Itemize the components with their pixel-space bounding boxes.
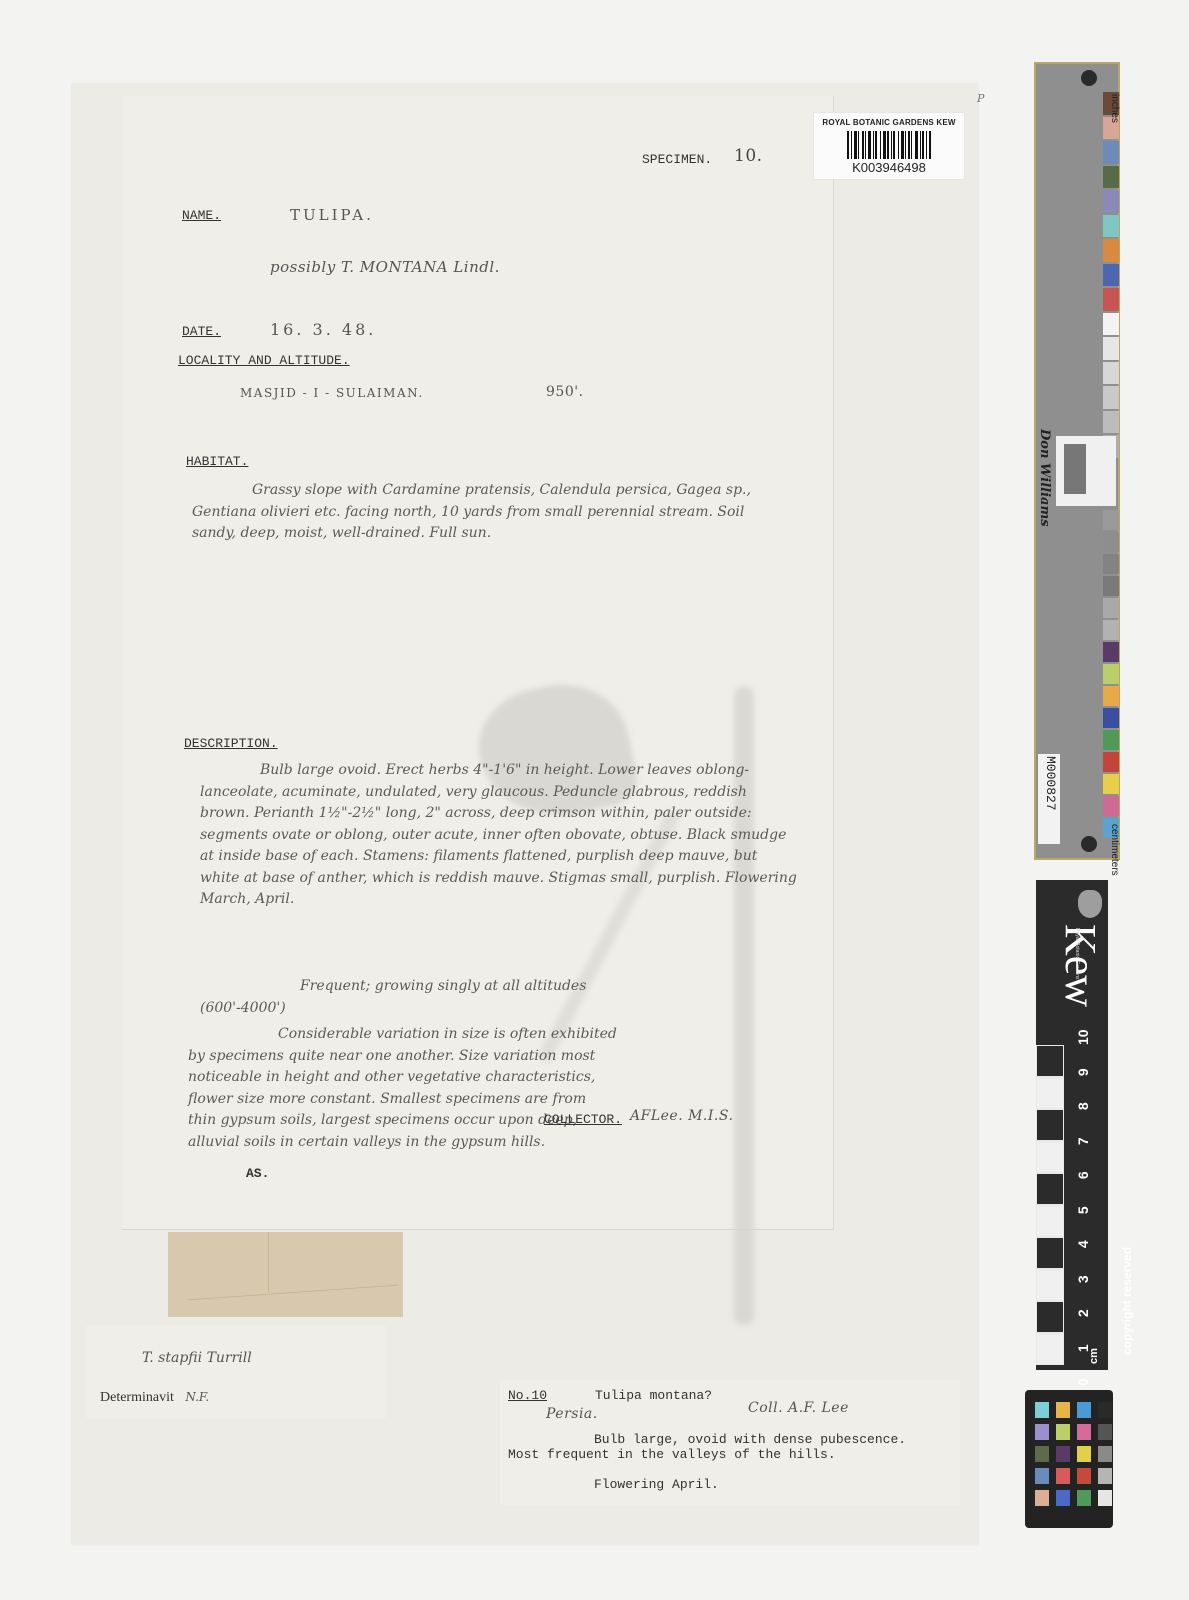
determinavit-label: Determinavit bbox=[100, 1390, 174, 1405]
determinavit-slip: T. stapfii Turrill Determinavit N.F. bbox=[86, 1326, 386, 1418]
color-swatch bbox=[1103, 730, 1119, 750]
gray-scale-card bbox=[1056, 436, 1116, 506]
inches-label: inches bbox=[1109, 94, 1120, 123]
color-swatch bbox=[1103, 774, 1119, 794]
barcode-label[interactable]: ROYAL BOTANIC GARDENS KEW K003946498 bbox=[813, 112, 965, 180]
name-note: possibly T. MONTANA Lindl. bbox=[270, 258, 500, 276]
name-heading: NAME. bbox=[182, 208, 221, 223]
habitat-text: Grassy slope with Cardamine pratensis, C… bbox=[192, 480, 752, 545]
color-checker-card bbox=[1025, 1390, 1113, 1528]
label-number: No.10 bbox=[508, 1388, 547, 1403]
color-swatch bbox=[1103, 554, 1119, 574]
color-swatch bbox=[1103, 190, 1119, 213]
color-calibration-ruler: inches centimeters Don Williams M000827 bbox=[1034, 62, 1120, 860]
label-taxon: Tulipa montana? bbox=[595, 1388, 712, 1403]
habitat-heading: HABITAT. bbox=[186, 454, 248, 469]
color-swatch bbox=[1103, 313, 1119, 336]
color-swatch bbox=[1103, 642, 1119, 662]
label-collector: Coll. A.F. Lee bbox=[748, 1400, 849, 1416]
color-swatch bbox=[1103, 288, 1119, 311]
checker-swatch bbox=[1077, 1402, 1091, 1418]
checker-swatch bbox=[1077, 1490, 1091, 1506]
collector-value: AFLee. M.I.S. bbox=[630, 1108, 733, 1124]
checker-swatch bbox=[1035, 1490, 1049, 1506]
color-swatch bbox=[1103, 141, 1119, 164]
color-swatch bbox=[1103, 796, 1119, 816]
scale-tick-label: 7 bbox=[1075, 1129, 1110, 1153]
checker-swatch bbox=[1098, 1402, 1112, 1418]
scale-tick-label: 10 bbox=[1075, 1025, 1110, 1049]
checker-swatch bbox=[1035, 1446, 1049, 1462]
color-swatch bbox=[1103, 386, 1119, 409]
color-swatch bbox=[1103, 264, 1119, 287]
color-checker-grid bbox=[1035, 1402, 1112, 1506]
barcode-number: K003946498 bbox=[814, 160, 964, 175]
checker-swatch bbox=[1098, 1468, 1112, 1484]
color-swatch bbox=[1103, 239, 1119, 262]
color-swatch bbox=[1103, 411, 1119, 434]
locality-heading: LOCALITY AND ALTITUDE. bbox=[178, 353, 350, 368]
checker-swatch bbox=[1056, 1490, 1070, 1506]
checker-swatch bbox=[1077, 1468, 1091, 1484]
ruler-hole-icon bbox=[1081, 70, 1097, 86]
ruler-hole-icon bbox=[1081, 836, 1097, 852]
fragment-packet[interactable] bbox=[168, 1232, 403, 1317]
determinavit-line: Determinavit N.F. bbox=[100, 1390, 209, 1406]
scale-tick-label: 8 bbox=[1075, 1094, 1110, 1118]
color-swatch bbox=[1103, 532, 1119, 552]
checker-swatch bbox=[1035, 1424, 1049, 1440]
scale-checker bbox=[1036, 1045, 1064, 1365]
color-swatch bbox=[1103, 576, 1119, 596]
color-swatch bbox=[1103, 664, 1119, 684]
initials: AS. bbox=[246, 1166, 269, 1181]
checker-swatch bbox=[1098, 1446, 1112, 1462]
centimeters-label: centimeters bbox=[1109, 824, 1120, 876]
checker-swatch bbox=[1077, 1446, 1091, 1462]
label-line-1: Bulb large, ovoid with dense pubescence. bbox=[594, 1432, 906, 1447]
label-line-2: Most frequent in the valleys of the hill… bbox=[508, 1447, 836, 1462]
date-heading: DATE. bbox=[182, 324, 221, 339]
checker-swatch bbox=[1056, 1402, 1070, 1418]
swatch-column-bottom bbox=[1103, 510, 1119, 840]
checker-swatch bbox=[1056, 1446, 1070, 1462]
description-heading: DESCRIPTION. bbox=[184, 736, 278, 751]
pencil-mark: P bbox=[977, 92, 984, 105]
field-notes-sheet: SPECIMEN. 10. NAME. TULIPA. possibly T. … bbox=[122, 96, 834, 1230]
color-swatch bbox=[1103, 708, 1119, 728]
description-paragraph-1: Bulb large ovoid. Erect herbs 4"-1'6" in… bbox=[200, 760, 800, 911]
date-value: 16. 3. 48. bbox=[270, 320, 376, 339]
color-swatch bbox=[1103, 510, 1119, 530]
color-swatch bbox=[1103, 362, 1119, 385]
color-swatch bbox=[1103, 620, 1119, 640]
copyright-text: copyright reserved bbox=[1120, 1247, 1134, 1355]
specimen-label: SPECIMEN. bbox=[642, 152, 712, 167]
institution-name: ROYAL BOTANIC GARDENS KEW bbox=[814, 118, 964, 127]
scale-tick-label: 6 bbox=[1075, 1163, 1110, 1187]
scale-tick-label: 2 bbox=[1075, 1301, 1110, 1325]
scale-unit: cm bbox=[1088, 1348, 1100, 1364]
kew-subtitle: Royal Botanic Gardens bbox=[1074, 928, 1080, 979]
checker-swatch bbox=[1098, 1424, 1112, 1440]
locality-value: MASJID - I - SULAIMAN. bbox=[240, 386, 424, 400]
color-swatch bbox=[1103, 598, 1119, 618]
scale-tick-label: 4 bbox=[1075, 1232, 1110, 1256]
checker-swatch bbox=[1056, 1424, 1070, 1440]
checker-swatch bbox=[1098, 1490, 1112, 1506]
description-paragraph-2: Frequent; growing singly at all altitude… bbox=[200, 976, 660, 1019]
altitude-value: 950'. bbox=[546, 384, 584, 400]
royal-crest-icon bbox=[1078, 890, 1102, 918]
color-swatch bbox=[1103, 686, 1119, 706]
scale-tick-label: 9 bbox=[1075, 1060, 1110, 1084]
ruler-code-label: M000827 bbox=[1038, 754, 1060, 844]
determiner: N.F. bbox=[185, 1390, 209, 1404]
scale-tick-label: 3 bbox=[1075, 1267, 1110, 1291]
swatch-column-top bbox=[1103, 92, 1119, 460]
scale-numbers: 109876543210 bbox=[1080, 1020, 1104, 1400]
checker-swatch bbox=[1056, 1468, 1070, 1484]
color-swatch bbox=[1103, 215, 1119, 238]
checker-swatch bbox=[1035, 1402, 1049, 1418]
color-swatch bbox=[1103, 752, 1119, 772]
checker-swatch bbox=[1035, 1468, 1049, 1484]
label-country: Persia. bbox=[546, 1406, 598, 1422]
checker-swatch bbox=[1077, 1424, 1091, 1440]
determined-taxon: T. stapfii Turrill bbox=[142, 1350, 252, 1366]
scale-tick-label: 5 bbox=[1075, 1198, 1110, 1222]
label-line-3: Flowering April. bbox=[594, 1477, 719, 1492]
color-swatch bbox=[1103, 337, 1119, 360]
collector-heading: COLLECTOR. bbox=[544, 1112, 622, 1127]
name-value: TULIPA. bbox=[290, 206, 374, 224]
specimen-number: 10. bbox=[734, 146, 763, 166]
color-swatch bbox=[1103, 166, 1119, 189]
kew-scale-bar: Kew Royal Botanic Gardens 109876543210 c… bbox=[1036, 880, 1108, 1370]
kew-logo: Kew bbox=[1055, 924, 1106, 1007]
specimen-label-slip: No.10 Tulipa montana? Persia. Coll. A.F.… bbox=[500, 1380, 960, 1505]
barcode-icon bbox=[827, 131, 951, 159]
description-paragraph-3: Considerable variation in size is often … bbox=[188, 1024, 618, 1153]
ruler-brand: Don Williams bbox=[1037, 429, 1052, 527]
